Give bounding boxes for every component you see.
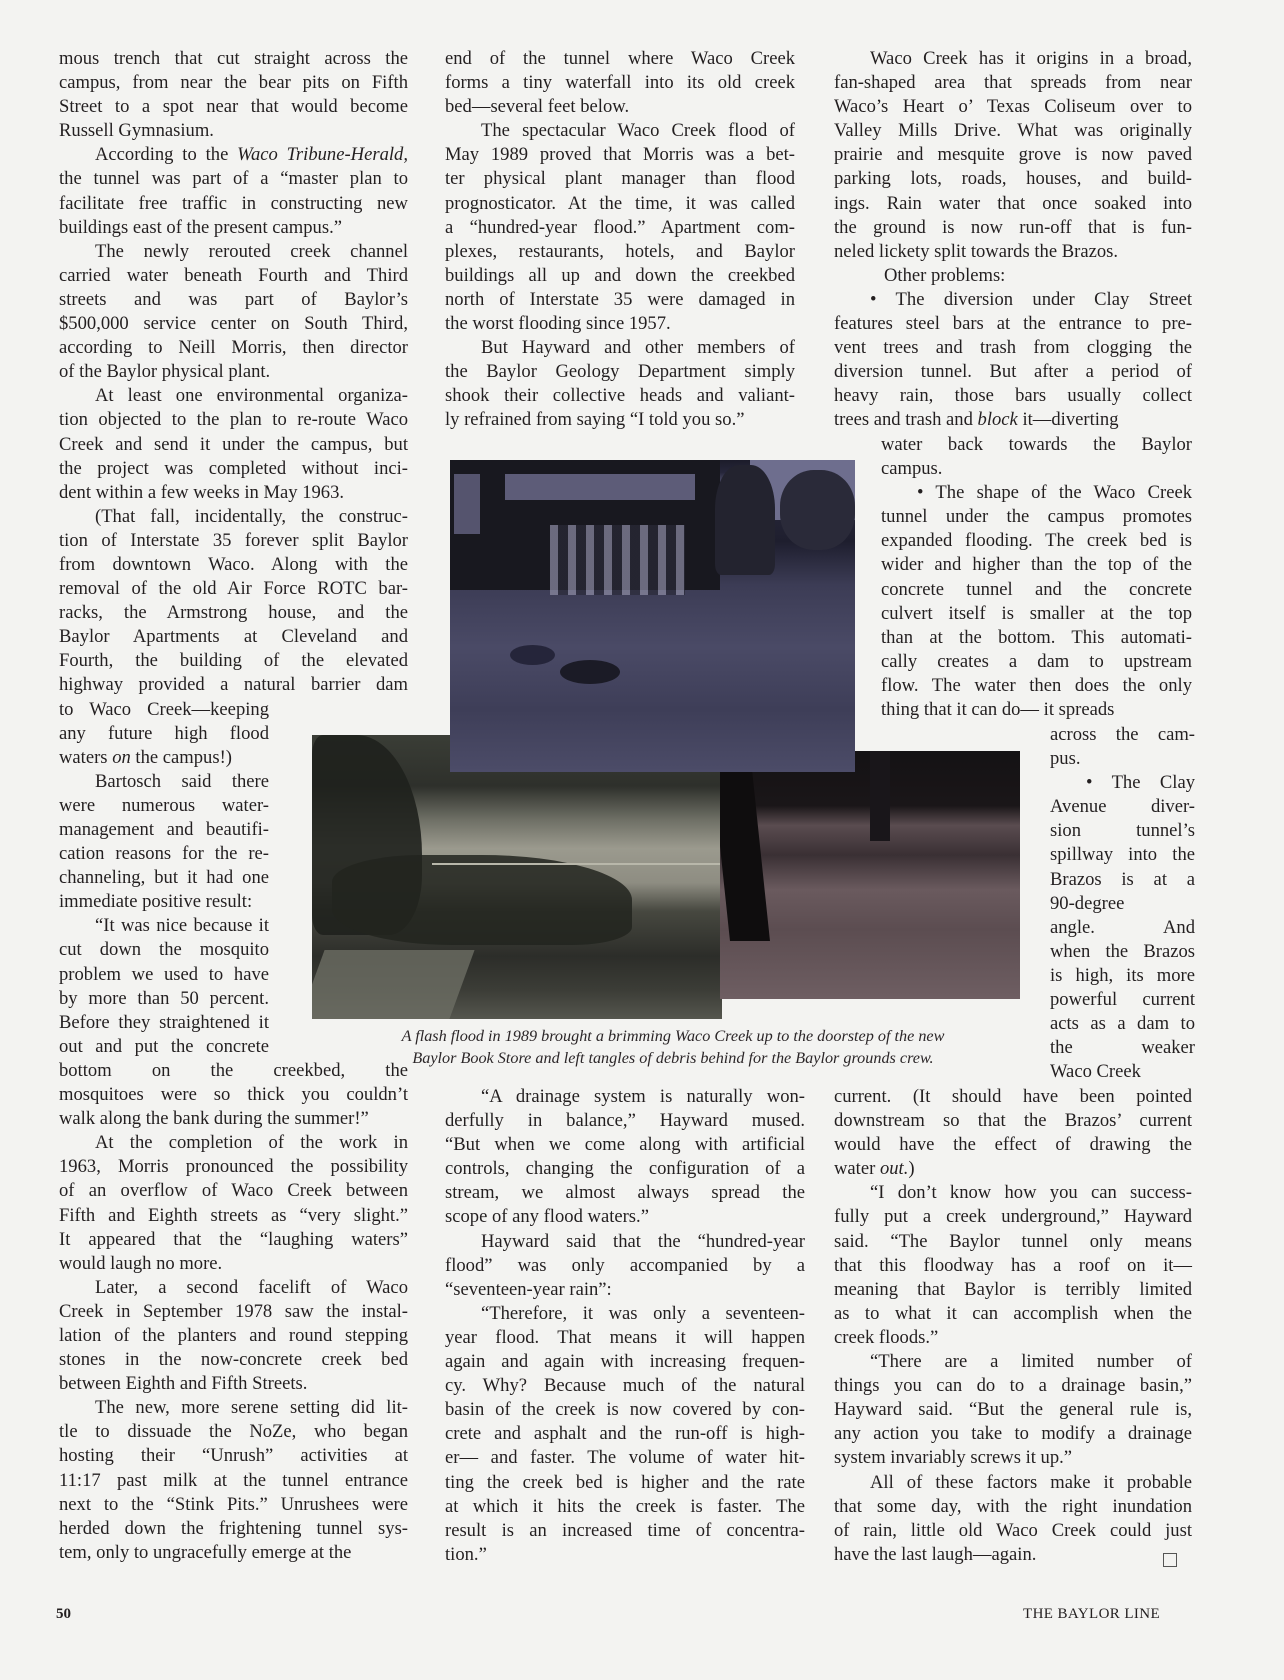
- text-line: spillway into the: [1050, 843, 1195, 867]
- text-line: campus, from near the bear pits on Fifth: [59, 71, 408, 95]
- text-line: racks, the Armstrong house, and the: [59, 601, 408, 625]
- text-line: of an overflow of Waco Creek between: [59, 1179, 408, 1203]
- text-line: buildings all up and down the creekbed: [445, 264, 795, 288]
- text-line: prognosticator. At the time, it was call…: [445, 192, 795, 216]
- text-line: cation reasons for the re-: [59, 842, 269, 866]
- text-line: end of the tunnel where Waco Creek: [445, 47, 795, 71]
- text-line: north of Interstate 35 were damaged in: [445, 288, 795, 312]
- text-line: tunnel under the campus promotes: [881, 505, 1192, 529]
- text-line: water out.): [834, 1157, 1192, 1181]
- text-line: to Waco Creek—keeping: [59, 698, 269, 722]
- text-line: buildings east of the present campus.”: [59, 216, 408, 240]
- text-line: by more than 50 percent.: [59, 987, 269, 1011]
- text-line: tion.”: [445, 1543, 805, 1567]
- text-line: out and put the concrete: [59, 1035, 269, 1059]
- text-line: again and again with increasing frequen-: [445, 1350, 805, 1374]
- text-line: pus.: [1050, 747, 1195, 771]
- tree-shape: [780, 470, 855, 550]
- text-line: “A drainage system is naturally won-: [445, 1085, 805, 1109]
- text-line: stones in the now-concrete creek bed: [59, 1348, 408, 1372]
- text-line: Street to a spot near that would become: [59, 95, 408, 119]
- flood-photo-debris: [312, 735, 722, 1019]
- text-line: Creek in September 1978 saw the instal-: [59, 1300, 408, 1324]
- flood-photo-trees: [720, 751, 1020, 999]
- text-line: vent trees and trash from clogging the: [834, 336, 1192, 360]
- text-line: according to Neill Morris, then director: [59, 336, 408, 360]
- window-shape: [454, 474, 480, 534]
- text-line: system invariably screws it up.”: [834, 1446, 1192, 1470]
- text-line: controls, changing the configuration of …: [445, 1157, 805, 1181]
- text-line: “seventeen-year rain”:: [445, 1278, 805, 1302]
- text-line: parking lots, roads, houses, and build-: [834, 167, 1192, 191]
- text-line: The spectacular Waco Creek flood of: [445, 119, 795, 143]
- text-line: scope of any flood waters.”: [445, 1205, 805, 1229]
- text-line: Hayward said that the “hundred-year: [445, 1230, 805, 1254]
- text-line: sion tunnel’s: [1050, 819, 1195, 843]
- text-line: cy. Why? Because much of the natural: [445, 1374, 805, 1398]
- text-line: meaning that Baylor is terribly limited: [834, 1278, 1192, 1302]
- text-line: herded down the frightening tunnel sys-: [59, 1517, 408, 1541]
- text-line: walk along the bank during the summer!”: [59, 1107, 408, 1131]
- text-line: the weaker: [1050, 1036, 1195, 1060]
- text-line: removal of the old Air Force ROTC bar-: [59, 577, 408, 601]
- text-line: would laugh no more.: [59, 1252, 408, 1276]
- text-line: ly refrained from saying “I told you so.…: [445, 408, 795, 432]
- text-line: diversion tunnel. But after a period of: [834, 360, 1192, 384]
- text-line: Fourth, the building of the elevated: [59, 649, 408, 673]
- text-line: heavy rain, those bars usually collect: [834, 384, 1192, 408]
- text-line: • The diversion under Clay Street: [834, 288, 1192, 312]
- text-line: streets and was part of Baylor’s: [59, 288, 408, 312]
- text-line: It appeared that the “laughing waters”: [59, 1228, 408, 1252]
- text-line: stream, we almost always spread the: [445, 1181, 805, 1205]
- text-line: (That fall, incidentally, the construc-: [59, 505, 408, 529]
- text-line: basin of the creek is now covered by con…: [445, 1398, 805, 1422]
- text-line: current. (It should have been pointed: [834, 1085, 1192, 1109]
- text-line: between Eighth and Fifth Streets.: [59, 1372, 408, 1396]
- caption-line-2: Baylor Book Store and left tangles of de…: [318, 1047, 1028, 1069]
- text-line: The new, more serene setting did lit-: [59, 1396, 408, 1420]
- text-line: er— and faster. The volume of water hit-: [445, 1446, 805, 1470]
- text-line: At least one environmental organiza-: [59, 384, 408, 408]
- text-line: Avenue diver-: [1050, 795, 1195, 819]
- text-line: culvert itself is smaller at the top: [881, 602, 1192, 626]
- text-line: Other problems:: [834, 264, 1192, 288]
- text-line: “I don’t know how you can success-: [834, 1181, 1192, 1205]
- onlookers-shape: [550, 525, 685, 595]
- text-line: trees and trash and block it—diverting: [834, 408, 1192, 432]
- text-line: prairie and mesquite grove is now paved: [834, 143, 1192, 167]
- text-line: problem we used to have: [59, 963, 269, 987]
- text-line: of the Baylor physical plant.: [59, 360, 408, 384]
- text-line: that this floodway has a roof on it—: [834, 1254, 1192, 1278]
- text-line: channeling, but it had one: [59, 866, 269, 890]
- text-line: shook their collective heads and valiant…: [445, 384, 795, 408]
- text-line: next to the “Stink Pits.” Unrushees were: [59, 1493, 408, 1517]
- text-line: immediate positive result:: [59, 890, 269, 914]
- text-line: across the cam-: [1050, 723, 1195, 747]
- text-line: cally creates a dam to upstream: [881, 650, 1192, 674]
- railing-shape: [432, 863, 722, 865]
- text-line: features steel bars at the entrance to p…: [834, 312, 1192, 336]
- article-column-2-bottom: “A drainage system is naturally won-derf…: [445, 1085, 805, 1567]
- text-line: creek floods.”: [834, 1326, 1192, 1350]
- text-line: any action you take to modify a drainage: [834, 1422, 1192, 1446]
- text-line: But Hayward and other members of: [445, 336, 795, 360]
- text-line: of rain, little old Waco Creek could jus…: [834, 1519, 1192, 1543]
- text-line: Later, a second facelift of Waco: [59, 1276, 408, 1300]
- text-line: angle. And: [1050, 916, 1195, 940]
- publication-name: THE BAYLOR LINE: [1023, 1606, 1160, 1623]
- text-line: plexes, restaurants, hotels, and Baylor: [445, 240, 795, 264]
- text-line: According to the Waco Tribune-Herald,: [59, 143, 408, 167]
- text-line: Russell Gymnasium.: [59, 119, 408, 143]
- text-line: $500,000 service center on South Third,: [59, 312, 408, 336]
- text-line: Brazos is at a: [1050, 868, 1195, 892]
- text-line: a “hundred-year flood.” Apartment com-: [445, 216, 795, 240]
- text-line: tle to dissuade the NoZe, who began: [59, 1420, 408, 1444]
- text-line: 11:17 past milk at the tunnel entrance: [59, 1469, 408, 1493]
- text-line: when the Brazos: [1050, 940, 1195, 964]
- window-shape: [505, 474, 695, 500]
- text-line: acts as a dam to: [1050, 1012, 1195, 1036]
- text-line: is high, its more: [1050, 964, 1195, 988]
- text-line: tion objected to the plan to re-route Wa…: [59, 408, 408, 432]
- text-line: 1963, Morris pronounced the possibility: [59, 1155, 408, 1179]
- article-column-3-top: Waco Creek has it origins in a broad,fan…: [834, 47, 1192, 433]
- text-line: management and beautifi-: [59, 818, 269, 842]
- walkway-shape: [312, 950, 475, 1019]
- text-line: Baylor Apartments at Cleveland and: [59, 625, 408, 649]
- text-line: fan-shaped area that spreads from near: [834, 71, 1192, 95]
- text-line: ter physical plant manager than flood: [445, 167, 795, 191]
- text-line: crete and asphalt and the run-off is hig…: [445, 1422, 805, 1446]
- photo-caption: A flash flood in 1989 brought a brimming…: [318, 1025, 1028, 1069]
- text-line: powerful current: [1050, 988, 1195, 1012]
- text-line: waters on the campus!): [59, 746, 269, 770]
- text-line: lation of the planters and round steppin…: [59, 1324, 408, 1348]
- caption-line-1: A flash flood in 1989 brought a brimming…: [318, 1025, 1028, 1047]
- text-line: hosting their “Unrush” activities at: [59, 1444, 408, 1468]
- text-line: that some day, with the right inundation: [834, 1495, 1192, 1519]
- text-line: Fifth and Eighth streets as “very slight…: [59, 1204, 408, 1228]
- text-line: ting the creek bed is higher and the rat…: [445, 1471, 805, 1495]
- text-line: flood” was only accompanied by a: [445, 1254, 805, 1278]
- text-line: dent within a few weeks in May 1963.: [59, 481, 408, 505]
- water-wave-shape: [560, 660, 620, 684]
- text-line: The newly rerouted creek channel: [59, 240, 408, 264]
- debris-shape: [332, 855, 632, 945]
- text-line: would have the effect of drawing the: [834, 1133, 1192, 1157]
- text-line: result is an increased time of concentra…: [445, 1519, 805, 1543]
- article-column-3-middle: water back towards the Baylorcampus.• Th…: [881, 433, 1192, 722]
- text-line: neled lickety split towards the Brazos.: [834, 240, 1192, 264]
- text-line: water back towards the Baylor: [881, 433, 1192, 457]
- text-line: Waco Creek: [1050, 1060, 1195, 1084]
- text-line: than at the bottom. This automati-: [881, 626, 1192, 650]
- text-line: thing that it can do— it spreads: [881, 698, 1192, 722]
- text-line: downstream so that the Brazos’ current: [834, 1109, 1192, 1133]
- text-line: forms a tiny waterfall into its old cree…: [445, 71, 795, 95]
- text-line: said. “The Baylor tunnel only means: [834, 1230, 1192, 1254]
- text-line: Before they straightened it: [59, 1011, 269, 1035]
- text-line: flow. The water then does the only: [881, 674, 1192, 698]
- text-line: “There are a limited number of: [834, 1350, 1192, 1374]
- text-line: Waco Creek has it origins in a broad,: [834, 47, 1192, 71]
- tree-trunk-shape: [870, 751, 890, 841]
- text-line: derfully in balance,” Hayward mused.: [445, 1109, 805, 1133]
- text-line: facilitate free traffic in constructing …: [59, 192, 408, 216]
- text-line: Hayward said. “But the general rule is,: [834, 1398, 1192, 1422]
- text-line: concrete tunnel and the concrete: [881, 578, 1192, 602]
- article-column-3-narrow: across the cam-pus.• The ClayAvenue dive…: [1050, 723, 1195, 1084]
- text-line: the project was completed without inci-: [59, 457, 408, 481]
- text-line: cut down the mosquito: [59, 938, 269, 962]
- text-line: ings. Rain water that once soaked into: [834, 192, 1192, 216]
- text-line: the ground is now run-off that is fun-: [834, 216, 1192, 240]
- text-line: tem, only to ungracefully emerge at the: [59, 1541, 408, 1565]
- article-column-3-bottom: current. (It should have been pointeddow…: [834, 1085, 1192, 1567]
- text-line: • The Clay: [1050, 771, 1195, 795]
- text-line: bed—several feet below.: [445, 95, 795, 119]
- text-line: the Baylor Geology Department simply: [445, 360, 795, 384]
- text-line: any future high flood: [59, 722, 269, 746]
- text-line: from downtown Waco. Along with the: [59, 553, 408, 577]
- article-column-2-top: end of the tunnel where Waco Creekforms …: [445, 47, 795, 433]
- text-line: • The shape of the Waco Creek: [881, 481, 1192, 505]
- text-line: Bartosch said there: [59, 770, 269, 794]
- text-line: All of these factors make it probable: [834, 1471, 1192, 1495]
- tree-shape: [715, 465, 775, 575]
- tree-trunk-shape: [720, 751, 770, 941]
- text-line: the tunnel was part of a “master plan to: [59, 167, 408, 191]
- water-wave-shape: [510, 645, 555, 665]
- text-line: “Therefore, it was only a seventeen-: [445, 1302, 805, 1326]
- page-number: 50: [56, 1606, 71, 1623]
- text-line: mosquitoes were so thick you couldn’t: [59, 1083, 408, 1107]
- text-line: May 1989 proved that Morris was a bet-: [445, 143, 795, 167]
- text-line: expanded flooding. The creek bed is: [881, 529, 1192, 553]
- text-line: tion of Interstate 35 forever split Bayl…: [59, 529, 408, 553]
- text-line: “It was nice because it: [59, 914, 269, 938]
- text-line: campus.: [881, 457, 1192, 481]
- text-line: the worst flooding since 1957.: [445, 312, 795, 336]
- text-line: have the last laugh—again.: [834, 1543, 1192, 1567]
- text-line: carried water beneath Fourth and Third: [59, 264, 408, 288]
- flood-photo-bookstore: [450, 460, 855, 772]
- text-line: mous trench that cut straight across the: [59, 47, 408, 71]
- text-line: fully put a creek underground,” Hayward: [834, 1205, 1192, 1229]
- text-line: At the completion of the work in: [59, 1131, 408, 1155]
- text-line: were numerous water-: [59, 794, 269, 818]
- text-line: Valley Mills Drive. What was originally: [834, 119, 1192, 143]
- text-line: at which it hits the creek is faster. Th…: [445, 1495, 805, 1519]
- text-line: wider and higher than the top of the: [881, 553, 1192, 577]
- text-line: “But when we come along with artificial: [445, 1133, 805, 1157]
- text-line: as to what it can accomplish when the: [834, 1302, 1192, 1326]
- end-of-article-icon: [1163, 1553, 1177, 1567]
- text-line: year flood. That means it will happen: [445, 1326, 805, 1350]
- text-line: highway provided a natural barrier dam: [59, 673, 408, 697]
- text-line: things you can do to a drainage basin,”: [834, 1374, 1192, 1398]
- text-line: Waco’s Heart o’ Texas Coliseum over to: [834, 95, 1192, 119]
- text-line: Creek and send it under the campus, but: [59, 433, 408, 457]
- text-line: 90-degree: [1050, 892, 1195, 916]
